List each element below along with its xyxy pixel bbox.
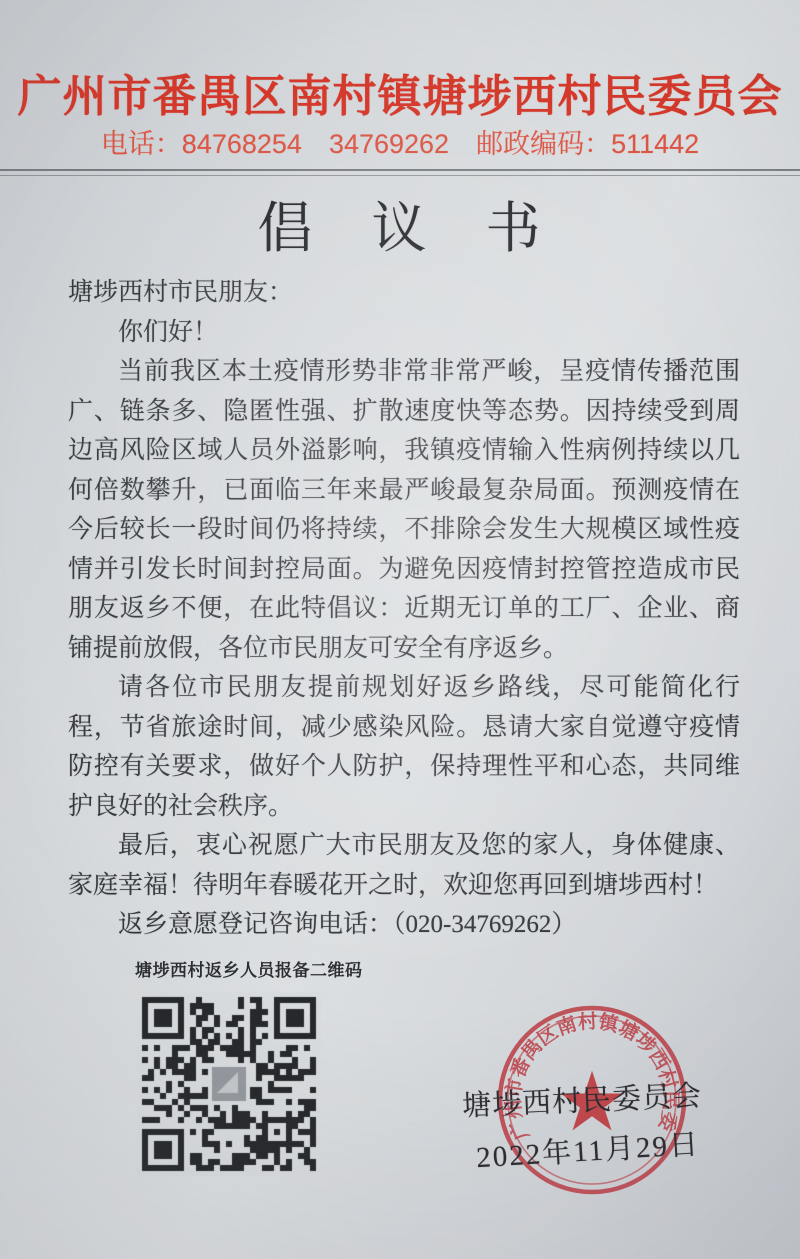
doc-title: 倡 议 书: [0, 184, 800, 263]
paragraph: 当前我区本土疫情形势非常非常严峻，呈疫情传播范围广、链条多、隐匿性强、扩散速度快…: [68, 352, 740, 668]
paragraph: 请各位市民朋友提前规划好返乡路线，尽可能简化行程，节省旅途时间，减少感染风险。恳…: [68, 668, 740, 826]
document-page: 广州市番禺区南村镇塘埗西村民委员会 电话：84768254 34769262 邮…: [0, 0, 800, 1259]
double-rule-divider: [0, 169, 800, 176]
qr-code: [137, 992, 321, 1176]
paragraph: 塘埗西村市民朋友：: [68, 273, 740, 313]
letterhead-org-name: 广州市番禺区南村镇塘埗西村民委员会: [0, 60, 800, 124]
qr-section: 塘埗西村返乡人员报备二维码: [135, 956, 363, 1176]
paragraph: 最后，衷心祝愿广大市民朋友及您的家人，身体健康、家庭幸福！待明年春暖花开之时，欢…: [68, 826, 740, 905]
letterhead-contact-line: 电话：84768254 34769262 邮政编码：511442: [0, 122, 800, 161]
paragraph: 你们好！: [68, 313, 740, 353]
body-text: 塘埗西村市民朋友：你们好！当前我区本土疫情形势非常非常严峻，呈疫情传播范围广、链…: [68, 273, 740, 945]
qr-label: 塘埗西村返乡人员报备二维码: [135, 956, 363, 981]
paragraph: 返乡意愿登记咨询电话：（020-34769262）: [68, 905, 740, 945]
